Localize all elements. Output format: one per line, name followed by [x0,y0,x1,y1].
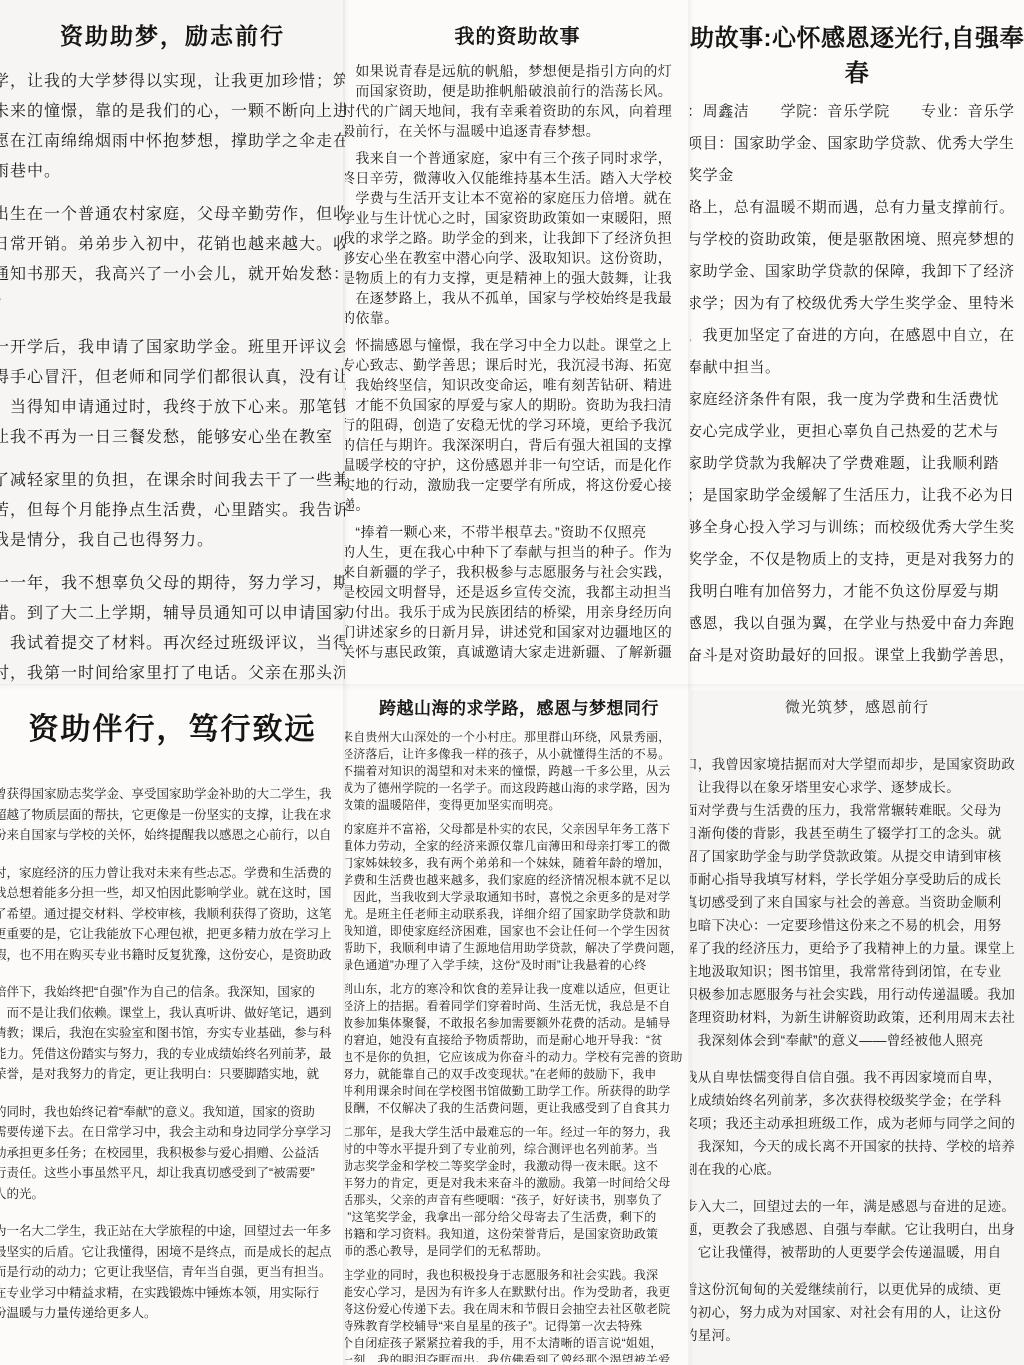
essay-section-bottom-right: 微光筑梦，感恩前行 口，我曾因家境拮据而对大学望而却步，是国家资助政，让我得以在… [690,692,1024,1362]
text-line: 敢参加集体聚餐，不敢报名参加需要额外花费的活动。是辅导 [345,1015,693,1032]
text-line: ，而不是让我们依赖。课堂上，我认真听讲、做好笔记，遇到 [0,1003,345,1024]
text-line: 求学；因为有了校级优秀大学生奖学金、里特米 [690,288,1024,320]
text-line: 人的光。 [0,1184,345,1205]
paragraph: 着这份沉甸甸的关爱继续前行，以更优异的成绩、更的初心，努力成为对国家、对社会有用… [690,1278,1024,1347]
essay-title: 跨越山海的求学路，感恩与梦想同行 [345,694,693,719]
text-line: 愿在江南绵绵烟雨中怀抱梦想，撑助学之伞走在 [0,127,345,157]
text-line: 递。 [345,495,690,515]
text-line: 努力，就能靠自己的双手改变现状。”在老师的鼓励下，我申 [345,1066,693,1083]
text-line: 们讲述家乡的日新月异，讲述党和国家对边疆地区的 [345,622,690,642]
text-line: 门家姊妹较多，我有两个弟弟和一个妹妹，随着年龄的增加， [345,855,693,872]
text-line: 安心完成学业，更担心辜负自己热爱的艺术与 [690,416,1024,448]
text-line: 的家庭并不富裕，父母都是朴实的农民，父亲因早年务工落下 [345,821,693,838]
essay-body: 如果说青春是远航的帆船，梦想便是指引方向的灯，而国家资助，便是助推帆船破浪前行的… [345,61,690,662]
text-line: 奖学金，不仅是物质上的支持，更是对我努力的 [690,544,1024,576]
text-line: 绿色通道”办理了入学手续，这份“及时雨”让我悬着的心终 [345,957,693,974]
essay-section-bottom-middle: 跨越山海的求学路，感恩与梦想同行 来自贵州大山深处的一个小村庄。那里群山环绕，风… [345,690,693,1362]
text-line: “捧着一颗心来，不带半根草去。”资助不仅照亮 [345,522,690,542]
text-line: 。”这笔奖学金，我拿出一部分给父母寄去了生活费，剩下的 [345,1209,693,1226]
text-line: ，我更加坚定了奋进的方向，在感恩中自立，在 [690,320,1024,352]
paragraph: 陪伴下，我始终把“自强”作为自己的信条。我深知，国家的，而不是让我们依赖。课堂上… [0,982,345,1085]
paragraph: “捧着一颗心来，不带半根草去。”资助不仅照亮的人生，更在我心中种下了奉献与担当的… [345,522,690,662]
essay-body: 曾获得国家励志奖学金、享受国家助学金补助的大二学生，我超越了物质层面的帮扶，它更… [0,784,345,1324]
text-line: 我总想着能多分担一些，却又怕因此影响学业。就在这时，国 [0,883,345,904]
text-line: 面对学费与生活费的压力，我常常辗转难眠。父母为 [690,799,1024,822]
text-line: 出生在一个普通农村家庭，父母辛勤劳作，但收 [0,200,345,230]
text-line: 够全身心投入学习与训练；而校级优秀大学生奖 [690,512,1024,544]
text-line: 得手心冒汗，但老师和同学们都很认真，没有让 [0,363,345,393]
text-line: 。我始终坚信，知识改变命运，唯有刻苦钻研、精进 [345,375,690,395]
essay-title: 我的资助故事 [345,20,690,49]
paragraph: 到山东，北方的寒冷和饮食的差异让我一度难以适应，但更让经济上的拮据。看着同学们穿… [345,981,693,1117]
essay-body: 学，让我的大学梦得以实现，让我更加珍惜；筑未来的憧憬，靠的是我们的心，一颗不断向… [0,67,345,682]
text-line: 需要传递下去。在日常学习中，我会主动和身边同学分享学习 [0,1122,345,1143]
text-line: 毅前行，在关怀与温暖中追逐青春梦想。 [345,121,690,141]
paragraph: 怀揣感恩与憧憬，我在学习中全力以赴。课堂之上专心致志、勤学善思；课后时光，我沉浸… [345,335,690,515]
text-line: 不揣着对知识的渴望和对未来的憧憬，跨越一千多公里，从云 [345,763,693,780]
text-line: 假，也不用在购买专业书籍时反复犹豫，这份安心，是资助政 [0,945,345,966]
text-line: 的人生，更在我心中种下了奉献与担当的种子。作为 [345,542,690,562]
text-line: 让我不再为一日三餐发愁，能够安心坐在教室 [0,423,345,453]
text-line: 报酬，不仅解决了我的生活费问题，更让我感受到了自食其力 [345,1100,693,1117]
text-line: 的星河。 [690,1324,1024,1347]
text-line: ？ [0,290,345,320]
text-line: 二那年，是我大学生活中最难忘的一年。经过一年的努力，我 [345,1124,693,1141]
essay-title: 微光筑梦，感恩前行 [690,696,1024,717]
text-line: 题，更教会了我感恩、自强与奉献。它让我明白，出身 [690,1218,1024,1241]
text-line: 。因此，当我收到大学录取通知书时，喜悦之余更多的是对学 [345,889,693,906]
text-line: 刻在我的心底。 [690,1158,1024,1181]
essay-collage-page: 资助助梦，励志前行 学，让我的大学梦得以实现，让我更加珍惜；筑未来的憧憬，靠的是… [0,0,1024,1365]
text-line: 来自贵州大山深处的一个小村庄。那里群山环绕，风景秀丽， [345,729,693,746]
text-line: 了希望。通过提交材料、学校审核，我顺利获得了资助，这笔 [0,904,345,925]
text-line: ：周鑫洁 学院：音乐学院 专业：音乐学 [690,96,1024,128]
paragraph: ：周鑫洁 学院：音乐学院 专业：音乐学项目：国家助学金、国家助学贷款、优秀大学生… [690,96,1024,672]
essay-section-top-middle: 我的资助故事 如果说青春是远航的帆船，梦想便是指引方向的灯，而国家资助，便是助推… [345,14,690,679]
text-line: 一开学后，我申请了国家助学金。班里开评议会 [0,333,345,363]
text-line: 实地的行动，激励我一定要学有所成，将这份爱心接 [345,475,690,495]
essay-title-line-1: 助故事:心怀感恩逐光行,自强奉献 [690,22,1024,55]
text-line: 时，家庭经济的压力曾让我对未来有些忐忑。学费和生活费的 [0,863,345,884]
text-line: 日渐佝偻的背影，我甚至萌生了辍学打工的念头。就 [690,822,1024,845]
text-line: 终日辛劳，微薄收入仅能维持基本生活。踏入大学校 [345,168,690,188]
text-line: 专心致志、勤学善思；课后时光，我沉浸书海、拓宽 [345,355,690,375]
paragraph: 学，让我的大学梦得以实现，让我更加珍惜；筑未来的憧憬，靠的是我们的心，一颗不断向… [0,67,345,187]
paragraph: 一开学后，我申请了国家助学金。班里开评议会得手心冒汗，但老师和同学们都很认真，没… [0,333,345,453]
text-line: 奉献中担当。 [690,352,1024,384]
text-line: 来自新疆的学子，我积极参与志愿服务与社会实践， [345,562,690,582]
essay-body: 来自贵州大山深处的一个小村庄。那里群山环绕，风景秀丽，经济落后，让许多像我一样的… [345,729,693,1362]
text-line: 力付出。我乐于成为民族团结的桥梁，用亲身经历向 [345,602,690,622]
text-line: 能安心学习，是因为有许多人在默默付出。作为受助者，我更 [345,1284,693,1301]
paragraph: 注学业的同时，我也积极投身于志愿服务和社会实践。我深能安心学习，是因为有许多人在… [345,1267,693,1362]
text-line: ，才能不负国家的厚爱与家人的期盼。资助为我扫清 [345,395,690,415]
text-line: 重体力劳动，全家的经济来源仅靠几亩薄田和母亲打零工的微 [345,838,693,855]
paragraph: 曾获得国家励志奖学金、享受国家助学金补助的大二学生，我超越了物质层面的帮扶，它更… [0,784,345,846]
text-line: 一一年，我不想辜负父母的期待，努力学习，期 [0,569,345,599]
text-line: 整理资助材料，为新生讲解资助政策，还利用周末去社 [690,1006,1024,1029]
text-line: 我明白唯有加倍努力，才能不负这份厚爱与期 [690,576,1024,608]
text-line: 特殊教育学校辅导“来自星星的孩子”。记得第一次去特殊 [345,1318,693,1335]
text-line: 也不是你的负担，它应该成为你奋斗的动力。学校有完善的资助 [345,1049,693,1066]
text-line: 奋斗是对资助最好的回报。课堂上我勤学善思， [690,640,1024,672]
text-line: 我是情分，我自己也得努力。 [0,526,345,556]
text-line: 的同时，我也始终记着“奉献”的意义。我知道，国家的资助 [0,1102,345,1123]
essay-title: 资助助梦，励志前行 [0,18,345,51]
text-line: 未来的憧憬，靠的是我们的心，一颗不断向上进 [0,97,345,127]
text-line: 成为了德州学院的一名学子。而这段跨越山海的求学路，因为 [345,780,693,797]
text-line: 解了我的经济压力，更给予了我精神上的力量。课堂上 [690,937,1024,960]
text-line: 业成绩始终名列前茅，多次获得校级奖学金；在学科 [690,1089,1024,1112]
text-line: 帮助下，我顺利申请了生源地信用助学贷款，解决了学费问题， [345,940,693,957]
text-line: 并利用课余时间在学校图书馆做勤工助学工作。所获得的助学 [345,1083,693,1100]
text-line: 荣誉，是对我努力的肯定，更让我明白：只要脚踏实地，就 [0,1064,345,1085]
text-line: 家助学贷款为我解决了学费难题，让我顺利踏 [690,448,1024,480]
text-line: 够安心坐在教室中潜心向学、汲取知识。这份资助， [345,248,690,268]
text-line: 积极参加志愿服务与社会实践，用行动传递温暖。我加 [690,983,1024,1006]
text-line: 真切感受到了来自国家与社会的善意。当资助金顺利 [690,891,1024,914]
text-line: 一刻，我的眼泪夺眶而出。我仿佛看到了曾经那个渴望被关爱、 [345,1352,693,1362]
text-line: 与学校的资助政策，便是驱散困境、照亮梦想的 [690,224,1024,256]
text-line: 是物质上的有力支撑，更是精神上的强大鼓舞，让我 [345,268,690,288]
text-line: ，学费与生活开支让本不宽裕的家庭压力倍增。就在 [345,188,690,208]
text-line: 家助学金、国家助学贷款的保障，我卸下了经济 [690,256,1024,288]
text-line: 。我深知，今天的成长离不开国家的扶持、学校的培养 [690,1135,1024,1158]
text-line: 到山东，北方的寒冷和饮食的差异让我一度难以适应，但更让 [345,981,693,998]
text-line: 励志奖学金和学校二等奖学金时，我激动得一夜未眠。这不 [345,1158,693,1175]
text-line: 雨巷中。 [0,157,345,187]
text-line: 奖学金 [690,160,1024,192]
text-line: 通知书那天，我高兴了一小会儿，就开始发愁： [0,260,345,290]
text-line: 如果说青春是远航的帆船，梦想便是指引方向的灯 [345,61,690,81]
essay-section-bottom-left: 资助伴行，笃行致远 曾获得国家励志奖学金、享受国家助学金补助的大二学生，我超越了… [0,690,345,1350]
paragraph: 时，家庭经济的压力曾让我对未来有些忐忑。学费和生活费的我总想着能多分担一些，却又… [0,863,345,966]
text-line: 我来自一个普通家庭，家中有三个孩子同时求学， [345,148,690,168]
text-line: 份来自国家与学校的关怀，始终提醒我以感恩之心前行，以自 [0,825,345,846]
text-line: 绍了国家助学金与助学贷款政策。从提交申请到审核 [690,845,1024,868]
text-line: 将这份爱心传递下去。我在周末和节假日会抽空去社区敬老院 [345,1301,693,1318]
text-line: 注地汲取知识；图书馆里，我常常待到闭馆，在专业 [690,960,1024,983]
text-line: 感恩，我以自强为翼，在学业与热爱中奋力奔跑 [690,608,1024,640]
text-line: 日常开销。弟弟步入初中，花销也越来越大。收 [0,230,345,260]
text-line: 。我试着提交了材料。再次经过班级评议，当得 [0,629,345,659]
text-line: 师耐心指导我填写材料，学长学姐分享受助后的成长 [690,868,1024,891]
text-line: 家庭经济条件有限，我一度为学费和生活费忧 [690,384,1024,416]
paragraph: 来自贵州大山深处的一个小村庄。那里群山环绕，风景秀丽，经济落后，让许多像我一样的… [345,729,693,814]
text-line: 经济上的拮据。看着同学们穿着时尚、生活无忧，我总是不自 [345,998,693,1015]
text-line: 经济落后，让许多像我一样的孩子，从小就懂得生活的不易。 [345,746,693,763]
text-line: 的信任与期许。我深深明白，背后有强大祖国的支撑 [345,435,690,455]
paragraph: 了减轻家里的负担，在课余时间我去干了一些兼苦，但每个月能挣点生活费，心里踏实。我… [0,466,345,556]
text-line: 在专业学习中精益求精，在实践锻炼中锤炼本领，用实际行 [0,1283,345,1304]
paragraph: 口，我曾因家境拮据而对大学望而却步，是国家资助政，让我得以在象牙塔里安心求学、逐… [690,753,1024,1052]
text-line: 忧。是班主任老师主动联系我，详细介绍了国家助学贷款和助 [345,906,693,923]
text-line: 项目：国家助学金、国家助学贷款、优秀大学生 [690,128,1024,160]
text-line: 时代的广阔天地间，我有幸乘着资助的东风，向着理 [345,101,690,121]
text-line: 学业与生计忧心之时，国家资助政策如一束暖阳，照 [345,208,690,228]
paragraph: 一一年，我不想辜负父母的期待，努力学习，期错。到了大二上学期，辅导员通知可以申请… [0,569,345,682]
paragraph: 步入大二，回望过去的一年，满是感恩与奋进的足迹。题，更教会了我感恩、自强与奉献。… [690,1195,1024,1264]
text-line: 我知道，即使家庭经济困难，国家也不会让任何一个学生因贫 [345,923,693,940]
text-line: 我的求学之路。助学金的到来，让我卸下了经济负担 [345,228,690,248]
text-line: 年努力的肯定，更是对我未来奋斗的激励。我第一时间给父母 [345,1175,693,1192]
text-line: 注学业的同时，我也积极投身于志愿服务和社会实践。我深 [345,1267,693,1284]
text-line: 路上，总有温暖不期而遇，总有力量支撑前行。 [690,192,1024,224]
text-line: 超越了物质层面的帮扶，它更像是一份坚实的支撑，让我在求 [0,805,345,826]
text-line: 的依靠。 [345,308,690,328]
text-line: 时，我第一时间给家里打了电话。父亲在那头沉 [0,659,345,682]
paragraph: 的同时，我也始终记着“奉献”的意义。我知道，国家的资助需要传递下去。在日常学习中… [0,1102,345,1205]
text-line: 学，让我的大学梦得以实现，让我更加珍惜；筑 [0,67,345,97]
paragraph: 如果说青春是远航的帆船，梦想便是指引方向的灯，而国家资助，便是助推帆船破浪前行的… [345,61,690,141]
essay-body: 口，我曾因家境拮据而对大学望而却步，是国家资助政，让我得以在象牙塔里安心求学、逐… [690,753,1024,1347]
text-line: 为一名大二学生，我正站在大学旅程的中途，回望过去一年多 [0,1221,345,1242]
text-line: 了减轻家里的负担，在课余时间我去干了一些兼 [0,466,345,496]
text-line: ：在逐梦路上，我从不孤单，国家与学校始终是我最 [345,288,690,308]
text-line: ，我深刻体会到“奉献”的意义——曾经被他人照亮 [690,1029,1024,1052]
text-line: 奖项；我还主动承担班级工作，成为老师与同学之间的 [690,1112,1024,1135]
text-line: 曾获得国家励志奖学金、享受国家助学金补助的大二学生，我 [0,784,345,805]
text-line: 怀揣感恩与憧憬，我在学习中全力以赴。课堂之上 [345,335,690,355]
text-line: 关怀与惠民政策，真诚邀请大家走进新疆、了解新疆 [345,642,690,662]
text-line: 行的阻碍，创造了安稳无忧的学习环境，更给予我沉 [345,415,690,435]
text-line: ，让我得以在象牙塔里安心求学、逐梦成长。 [690,776,1024,799]
text-line: 政策的温暖陪伴，变得更加坚实而明亮。 [345,797,693,814]
paragraph: 我从自卑怯懦变得自信自强。我不再因家境而自卑，业成绩始终名列前茅，多次获得校级奖… [690,1066,1024,1181]
text-line: 师的悉心教导，是同学们的无私帮助。 [345,1243,693,1260]
essay-title-line-2: 春 [690,57,1024,90]
text-line: 的初心，努力成为对国家、对社会有用的人，让这份 [690,1301,1024,1324]
text-line: 学费和生活费也越来越多，我们家庭的经济情况根本就不足以 [345,872,693,889]
text-line: 动承担更多任务；在校园里，我积极参与爱心捐赠、公益活 [0,1143,345,1164]
text-line: 我从自卑怯懦变得自信自强。我不再因家境而自卑， [690,1066,1024,1089]
text-line: ；它让我懂得，被帮助的人更要学会传递温暖，用自 [690,1241,1024,1264]
text-line: 更重要的是，它让我能放下心理包袱，把更多精力放在学习上 [0,924,345,945]
text-line: 步入大二，回望过去的一年，满是感恩与奋进的足迹。 [690,1195,1024,1218]
paragraph: 我来自一个普通家庭，家中有三个孩子同时求学，终日辛劳，微薄收入仅能维持基本生活。… [345,148,690,328]
text-line: 个自闭症孩子紧紧拉着我的手，用不太清晰的语言说“姐姐， [345,1335,693,1352]
text-line: 书籍和学习资料。我知道，这份荣誉背后，是国家资助政策 [345,1226,693,1243]
text-line: ；是国家助学金缓解了生活压力，让我不必为日 [690,480,1024,512]
essay-title: 资助伴行，笃行致远 [0,704,345,748]
text-line: 口，我曾因家境拮据而对大学望而却步，是国家资助政 [690,753,1024,776]
text-line: 话那头，父亲的声音有些哽咽：“孩子，好好读书，别辜负了 [345,1192,693,1209]
essay-section-top-right: 助故事:心怀感恩逐光行,自强奉献 春 ：周鑫洁 学院：音乐学院 专业：音乐学项目… [690,16,1024,684]
paragraph: 二那年，是我大学生活中最难忘的一年。经过一年的努力，我时的中等水平提升到了专业前… [345,1124,693,1260]
essay-section-top-left: 资助助梦，励志前行 学，让我的大学梦得以实现，让我更加珍惜；筑未来的憧憬，靠的是… [0,10,345,682]
text-line: 是校园文明督导，还是返乡宣传交流，我都主动担当 [345,582,690,602]
text-line: 错。到了大二上学期，辅导员通知可以申请国家 [0,599,345,629]
text-line: ，而国家资助，便是助推帆船破浪前行的浩荡长风。 [345,81,690,101]
text-line: 能力。凭借这份踏实与努力，我的专业成绩始终名列前茅，最 [0,1044,345,1065]
text-line: 苦，但每个月能挣点生活费，心里踏实。我告诉 [0,496,345,526]
text-line: 着这份沉甸甸的关爱继续前行，以更优异的成绩、更 [690,1278,1024,1301]
text-line: 请教；课后，我泡在实验室和图书馆，夯实专业基础，参与科 [0,1023,345,1044]
text-line: 的窘迫，她没有直接给予物质帮助，而是耐心地开导我：“贫 [345,1032,693,1049]
paragraph: 的家庭并不富裕，父母都是朴实的农民，父亲因早年务工落下重体力劳动，全家的经济来源… [345,821,693,974]
text-line: 陪伴下，我始终把“自强”作为自己的信条。我深知，国家的 [0,982,345,1003]
essay-body: ：周鑫洁 学院：音乐学院 专业：音乐学项目：国家助学金、国家助学贷款、优秀大学生… [690,96,1024,672]
text-line: 而是行动的动力；它更让我坚信，青年当自强，更当有担当。 [0,1262,345,1283]
text-line: 温暖学校的守护，这份感恩并非一句空话，而是化作 [345,455,690,475]
text-line: 时的中等水平提升到了专业前列，综合测评也名列前茅。当 [345,1141,693,1158]
text-line: 份温暖与力量传递给更多人。 [0,1303,345,1324]
text-line: 。当得知申请通过时，我终于放下心来。那笔钱 [0,393,345,423]
text-line: 最坚实的后盾。它让我懂得，困境不是终点，而是成长的起点 [0,1242,345,1263]
paragraph: 为一名大二学生，我正站在大学旅程的中途，回望过去一年多最坚实的后盾。它让我懂得，… [0,1221,345,1324]
paragraph: 出生在一个普通农村家庭，父母辛勤劳作，但收日常开销。弟弟步入初中，花销也越来越大… [0,200,345,320]
text-line: 也暗下决心：一定要珍惜这份来之不易的机会，用努 [690,914,1024,937]
text-line: 行责任。这些小事虽然平凡，却让我真切感受到了“被需要” [0,1163,345,1184]
